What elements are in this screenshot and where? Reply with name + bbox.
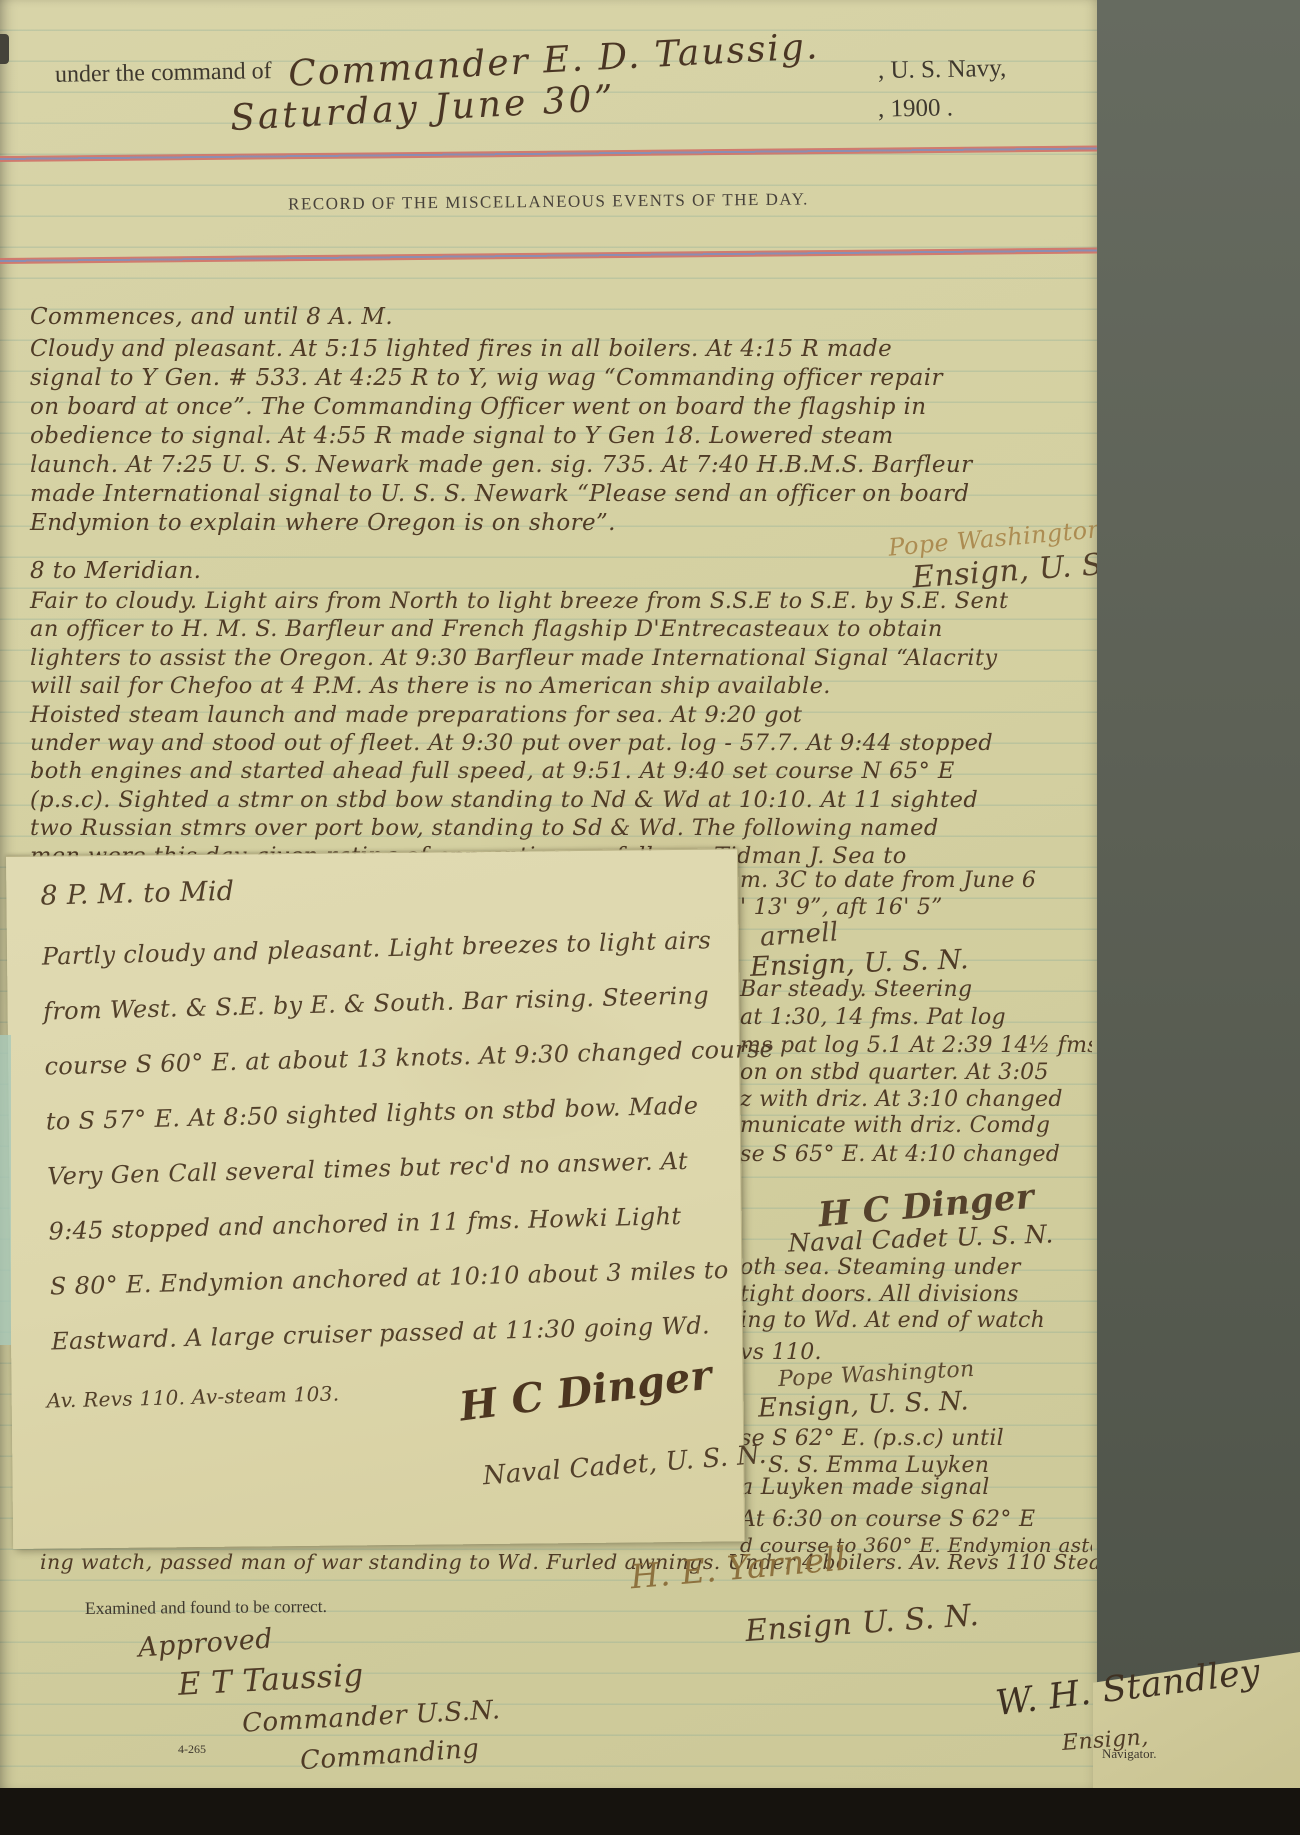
slip-log-line: 9:45 stopped and anchored in 11 fms. How… xyxy=(48,1202,681,1245)
scan-border-bottom xyxy=(0,1788,1300,1835)
right-column-fragments: m. 3C to date from June 6 ' 13' 9”, aft … xyxy=(738,856,1092,1556)
fragment-line: oth sea. Steaming under xyxy=(740,1255,1021,1280)
year-label: , 1900 . xyxy=(878,94,953,123)
fragment-line: vs 110. xyxy=(740,1340,822,1365)
log-line: Endymion to explain where Oregon is on s… xyxy=(30,510,616,536)
log-line: Fair to cloudy. Light airs from North to… xyxy=(30,588,1009,614)
fragment-line: at 1:30, 14 fms. Pat log xyxy=(740,1005,1006,1030)
slip-heading: 8 P. M. to Mid xyxy=(40,876,235,912)
fragment-line: Bar steady. Steering xyxy=(740,977,972,1002)
yarnell-signature: H. E. Yarnell xyxy=(629,1539,848,1597)
preprint-command-label: under the command of xyxy=(55,58,272,89)
log-line: under way and stood out of fleet. At 9:3… xyxy=(30,730,993,756)
log-line: both engines and started ahead full spee… xyxy=(30,758,955,784)
fragment-rank: Ensign, U. S. N. xyxy=(758,1386,970,1423)
fragment-line: se S 62° E. (p.s.c) until xyxy=(740,1426,1004,1451)
watch1-heading: Commences, and until 8 A. M. xyxy=(30,304,393,330)
yarnell-rank: Ensign U. S. N. xyxy=(744,1598,980,1649)
taussig-role: Commanding xyxy=(299,1734,480,1776)
slip-log-line: course S 60° E. at about 13 knots. At 9:… xyxy=(44,1035,774,1081)
pasted-slip-content: 8 P. M. to Mid Partly cloudy and pleasan… xyxy=(5,840,753,1550)
standley-role: Navigator. xyxy=(1102,1746,1157,1762)
red-rule-lower xyxy=(0,247,1097,264)
log-line: obedience to signal. At 4:55 R made sign… xyxy=(30,423,894,449)
log-line: two Russian stmrs over port bow, standin… xyxy=(30,815,939,841)
taussig-rank: Commander U.S.N. xyxy=(241,1695,501,1738)
fragment-line: z with driz. At 3:10 changed xyxy=(740,1087,1063,1112)
slip-log-line: S 80° E. Endymion anchored at 10:10 abou… xyxy=(50,1256,729,1301)
examined-label: Examined and found to be correct. xyxy=(85,1596,327,1619)
fragment-line: ms pat log 5.1 At 2:39 14½ fms xyxy=(740,1033,1092,1058)
date-handwriting: Saturday June 30” xyxy=(229,78,617,139)
slip-signature-rank: Naval Cadet, U. S. N. xyxy=(482,1440,768,1492)
log-line: an officer to H. M. S. Barfleur and Fren… xyxy=(30,616,943,642)
log-line: made International signal to U. S. S. Ne… xyxy=(30,481,969,507)
taussig-signature: E T Taussig xyxy=(177,1657,364,1703)
binding-notch xyxy=(0,34,9,64)
log-line: lighters to assist the Oregon. At 9:30 B… xyxy=(30,645,998,671)
page-edge-sliver xyxy=(0,1035,11,1345)
fragment-line: tight doors. All divisions xyxy=(740,1282,1019,1307)
red-rule-upper xyxy=(0,145,1097,162)
preprint-navy-label: , U. S. Navy, xyxy=(878,55,1007,85)
fragment-signature: arnell xyxy=(759,917,839,952)
fragment-line: on on stbd quarter. At 3:05 xyxy=(740,1060,1049,1085)
approved-handwriting: Approved xyxy=(137,1623,274,1663)
log-line: Cloudy and pleasant. At 5:15 lighted fir… xyxy=(30,336,892,362)
fragment-line: At 6:30 on course S 62° E xyxy=(740,1507,1035,1532)
slip-log-line: from West. & S.E. by E. & South. Bar ris… xyxy=(43,981,709,1025)
logbook-page: under the command of Commander E. D. Tau… xyxy=(0,0,1097,1790)
log-line: will sail for Chefoo at 4 P.M. As there … xyxy=(30,673,831,699)
log-line: Hoisted steam launch and made preparatio… xyxy=(30,702,802,728)
fragment-line: municate with driz. Comdg xyxy=(740,1113,1050,1138)
log-line: launch. At 7:25 U. S. S. Newark made gen… xyxy=(30,452,973,478)
slip-stats-line: Av. Revs 110. Av-steam 103. xyxy=(46,1381,339,1412)
watch2-heading: 8 to Meridian. xyxy=(30,558,201,584)
fragment-line: a Luyken made signal xyxy=(740,1475,990,1500)
fragment-line: se S 65° E. At 4:10 changed xyxy=(740,1142,1060,1167)
clipped-bottom-line: ing watch, passed man of war standing to… xyxy=(40,1550,1169,1574)
pasted-slip: 8 P. M. to Mid Partly cloudy and pleasan… xyxy=(6,848,745,1549)
slip-log-line: Partly cloudy and pleasant. Light breeze… xyxy=(42,926,712,970)
fragment-line: m. 3C to date from June 6 xyxy=(740,868,1036,893)
fragment-line: ing to Wd. At end of watch xyxy=(740,1308,1045,1333)
slip-log-line: Very Gen Call several times but rec'd no… xyxy=(47,1147,688,1191)
log-line: signal to Y Gen. # 533. At 4:25 R to Y, … xyxy=(30,365,943,391)
fragment-line: ' 13' 9”, aft 16' 5” xyxy=(740,895,943,920)
scan-border-right xyxy=(1097,0,1300,1835)
slip-log-line: Eastward. A large cruiser passed at 11:3… xyxy=(51,1311,710,1355)
form-number: 4-265 xyxy=(178,1742,206,1757)
slip-log-line: to S 57° E. At 8:50 sighted lights on st… xyxy=(46,1092,699,1136)
page-title: RECORD OF THE MISCELLANEOUS EVENTS OF TH… xyxy=(0,187,1097,218)
log-line: (p.s.c). Sighted a stmr on stbd bow stan… xyxy=(30,787,978,813)
slip-signature: H C Dinger xyxy=(457,1351,715,1430)
log-line: on board at once”. The Commanding Office… xyxy=(30,394,927,420)
